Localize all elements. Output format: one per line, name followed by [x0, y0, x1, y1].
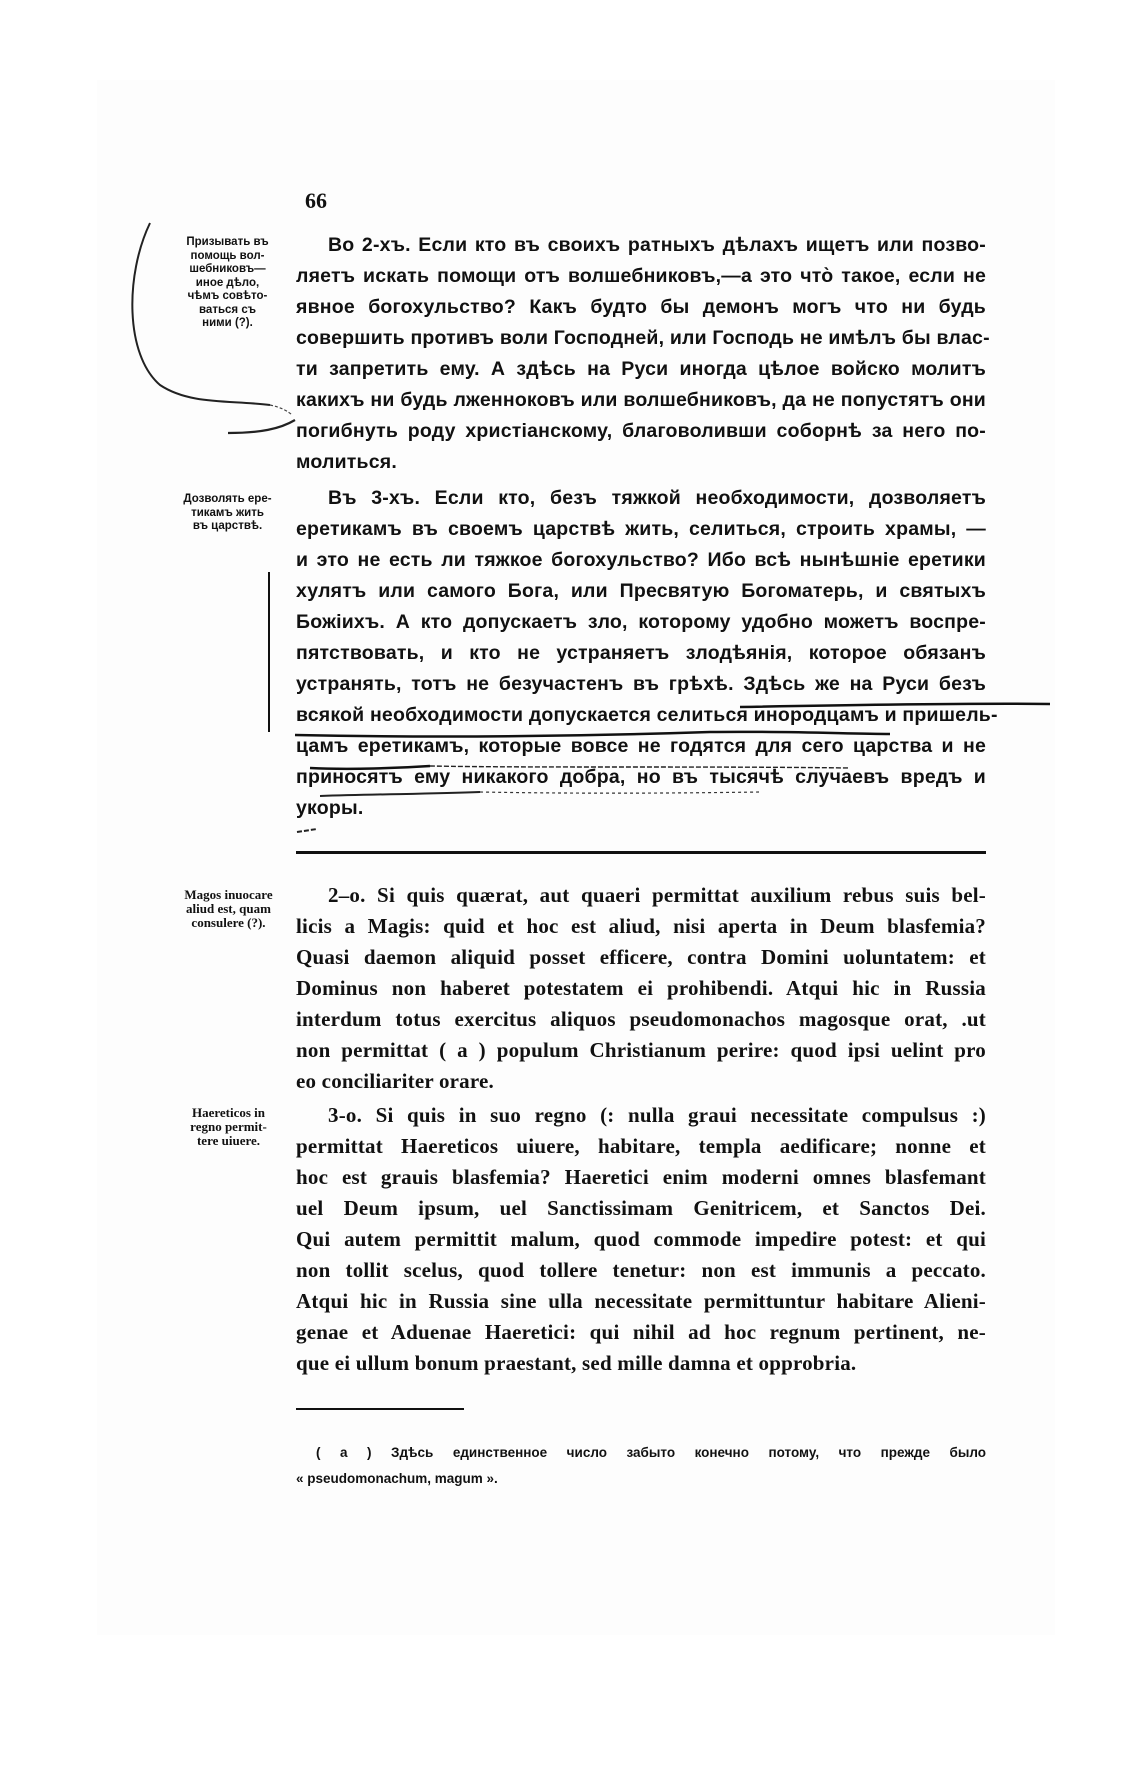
sidenote-line: Haereticos in [166, 1106, 291, 1120]
sidenote-line: шебниковъ— [170, 263, 285, 277]
text-line: licis a Magis: quid et hoc est aliud, ni… [296, 911, 986, 942]
text-line: совершить противъ воли Господней, или Го… [296, 323, 986, 354]
text-line: uel Deum ipsum, uel Sanctissimam Genitri… [296, 1193, 986, 1224]
text-line: Во 2-хъ. Если кто въ своихъ ратныхъ дѣла… [296, 230, 986, 261]
sidenote-line: aliud est, quam [166, 902, 291, 916]
text-line: погибнуть роду христіанскому, благоволив… [296, 416, 986, 447]
footnote: ( a ) Здѣсь единственное число забыто ко… [296, 1440, 986, 1492]
text-line: Въ 3-хъ. Если кто, безъ тяжкой необходим… [296, 483, 986, 514]
text-line: genae et Aduenae Haeretici: qui nihil ad… [296, 1317, 986, 1348]
sidenote-line: помощь вол- [170, 250, 285, 264]
text-line: interdum totus exercitus aliquos pseudom… [296, 1004, 986, 1035]
text-line: eo conciliariter orare. [296, 1066, 986, 1097]
text-line: ляетъ искать помощи отъ волшебниковъ,—а … [296, 261, 986, 292]
text-line: пятствовать, и кто не устраняетъ злодѣян… [296, 638, 986, 669]
sidenote-latin-para3: Haereticos in regno permit- tere uiuere. [166, 1106, 291, 1148]
text-line: que ei ullum bonum praestant, sed mille … [296, 1348, 986, 1379]
text-line: молиться. [296, 447, 986, 478]
text-line: Божіихъ. А кто допускаетъ зло, которому … [296, 607, 986, 638]
footnote-separator [296, 1408, 464, 1410]
sidenote-russian-para2: Призывать въ помощь вол- шебниковъ— иное… [170, 236, 285, 331]
sidenote-line: тикамъ жить [170, 507, 285, 521]
text-line: и это не есть ли тяжкое богохульство? Иб… [296, 545, 986, 576]
sidenote-latin-para2: Magos inuocare aliud est, quam consulere… [166, 888, 291, 930]
margin-vertical-line [268, 572, 270, 732]
sidenote-russian-para3: Дозволять ере- тикамъ жить въ царствѣ. [170, 493, 285, 534]
sidenote-line: въ царствѣ. [170, 520, 285, 534]
footnote-line: « pseudomonachum, magum ». [296, 1466, 986, 1492]
sidenote-line: ваться съ [170, 304, 285, 318]
page-number: 66 [305, 188, 327, 214]
text-line: permittat Haereticos uiuere, habitare, t… [296, 1131, 986, 1162]
text-line: hoc est grauis blasfemia? Haeretici enim… [296, 1162, 986, 1193]
text-line: явное богохульство? Какъ будто бы демонъ… [296, 292, 986, 323]
sidenote-line: Дозволять ере- [170, 493, 285, 507]
section-divider-rule [296, 851, 986, 854]
sidenote-line: Призывать въ [170, 236, 285, 250]
sidenote-line: Magos inuocare [166, 888, 291, 902]
sidenote-line: чѣмъ совѣто- [170, 290, 285, 304]
text-line: 3-o. Si quis in suo regno (: nulla graui… [296, 1100, 986, 1131]
sidenote-line: иное дѣло, [170, 277, 285, 291]
text-line: non permittat ( a ) populum Christianum … [296, 1035, 986, 1066]
pencil-mark [295, 826, 325, 836]
sidenote-line: consulere (?). [166, 916, 291, 930]
footnote-line: ( a ) Здѣсь единственное число забыто ко… [296, 1440, 986, 1466]
text-line: Quasi daemon aliquid posset efficere, co… [296, 942, 986, 973]
text-line: Atqui hic in Russia sine ulla necessitat… [296, 1286, 986, 1317]
text-line: хулятъ или самого Бога, или Пресвятую Бо… [296, 576, 986, 607]
text-line: какихъ ни будь лженноковъ или волшебнико… [296, 385, 986, 416]
text-line: Qui autem permittit malum, quod commode … [296, 1224, 986, 1255]
sidenote-line: regno permit- [166, 1120, 291, 1134]
text-line: Dominus non haberet potestatem ei prohib… [296, 973, 986, 1004]
text-line: 2–o. Si quis quærat, aut quaeri permitta… [296, 880, 986, 911]
sidenote-line: ними (?). [170, 317, 285, 331]
text-line: еретикамъ въ своемъ царствѣ жить, селить… [296, 514, 986, 545]
text-line: non tollit scelus, quod tollere tenetur:… [296, 1255, 986, 1286]
text-line: ти запретить ему. А здѣсь на Руси иногда… [296, 354, 986, 385]
sidenote-line: tere uiuere. [166, 1134, 291, 1148]
handwritten-underlines [290, 690, 1050, 800]
